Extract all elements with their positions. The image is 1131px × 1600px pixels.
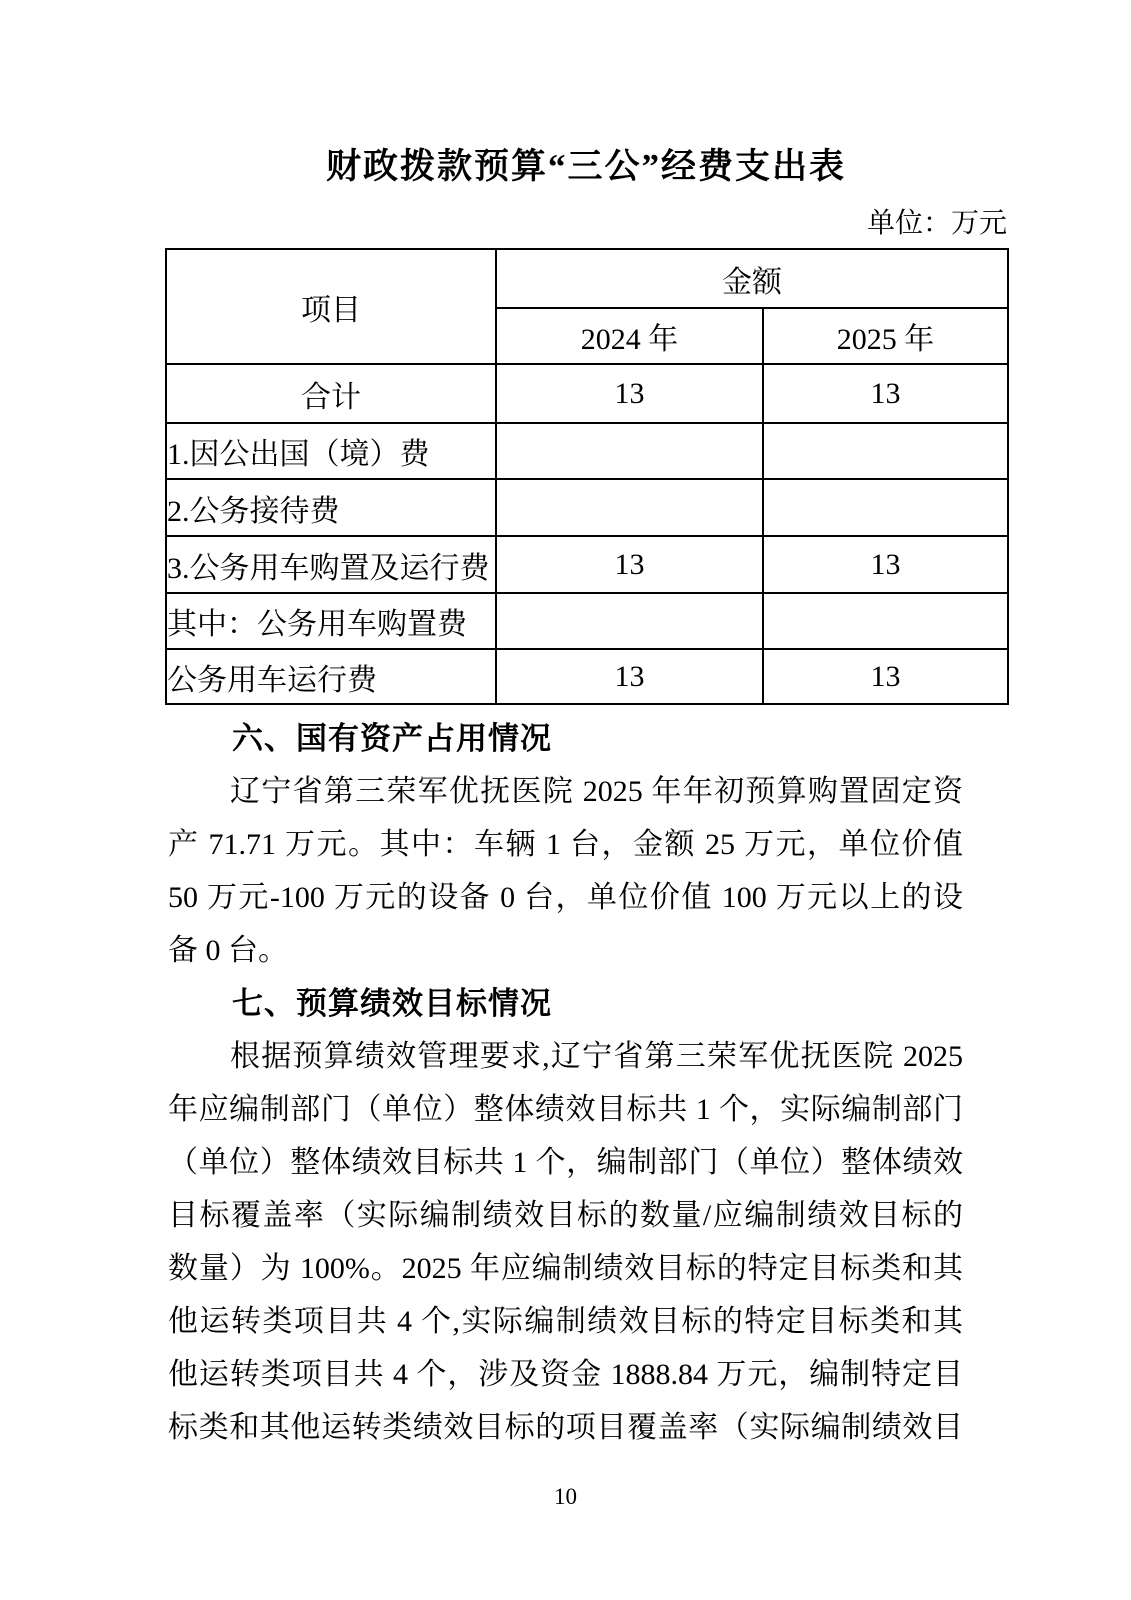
table-row-vehicle-purchase: 其中：公务用车购置费 [166,593,1008,649]
table-row-vehicle-operation: 公务用车运行费 13 13 [166,649,1008,704]
table-cell-label: 3.公务用车购置及运行费 [166,536,496,593]
paragraph-line: （单位）整体绩效目标共 1 个，编制部门（单位）整体绩效 [168,1136,963,1189]
table-cell-2024 [496,423,763,479]
paragraph-line: 标类和其他运转类绩效目标的项目覆盖率（实际编制绩效目 [168,1401,963,1454]
table-row-abroad-fee: 1.因公出国（境）费 [166,423,1008,479]
paragraph-line: 50 万元-100 万元的设备 0 台，单位价值 100 万元以上的设 [168,871,963,924]
page-number: 10 [0,1483,1131,1511]
table-cell-2025 [763,423,1008,479]
page-title: 财政拨款预算“三公”经费支出表 [165,143,1007,191]
three-public-expense-table: 项目 金额 2024 年 2025 年 合计 13 13 1.因公出国（境）费 … [165,248,1009,705]
unit-label: 单位：万元 [165,206,1007,242]
table-cell-label: 其中：公务用车购置费 [166,593,496,649]
table-cell-2024: 13 [496,364,763,423]
table-row-total: 合计 13 13 [166,364,1008,423]
paragraph-line: 目标覆盖率（实际编制绩效目标的数量/应编制绩效目标的 [168,1189,963,1242]
table-cell-2024: 13 [496,536,763,593]
table-cell-2025: 13 [763,649,1008,704]
paragraph-line: 年应编制部门（单位）整体绩效目标共 1 个，实际编制部门 [168,1083,963,1136]
paragraph-line: 数量）为 100%。2025 年应编制绩效目标的特定目标类和其 [168,1242,963,1295]
section-heading-state-assets: 六、国有资产占用情况 [168,712,963,765]
table-cell-2025 [763,479,1008,536]
table-cell-2025: 13 [763,536,1008,593]
paragraph-line: 辽宁省第三荣军优抚医院 2025 年年初预算购置固定资 [168,765,963,818]
table-cell-2025 [763,593,1008,649]
header-cell-item: 项目 [166,249,496,364]
paragraph-line: 产 71.71 万元。其中：车辆 1 台，金额 25 万元，单位价值 [168,818,963,871]
table-header-row-1: 项目 金额 [166,249,1008,308]
header-cell-year-2024: 2024 年 [496,308,763,364]
document-body: 六、国有资产占用情况 辽宁省第三荣军优抚医院 2025 年年初预算购置固定资 产… [168,706,963,1454]
table-cell-label: 1.因公出国（境）费 [166,423,496,479]
table-row-vehicle-fee: 3.公务用车购置及运行费 13 13 [166,536,1008,593]
header-cell-year-2025: 2025 年 [763,308,1008,364]
table-cell-label: 2.公务接待费 [166,479,496,536]
paragraph-line: 根据预算绩效管理要求,辽宁省第三荣军优抚医院 2025 [168,1030,963,1083]
header-cell-amount: 金额 [496,249,1008,308]
section-heading-performance-targets: 七、预算绩效目标情况 [168,977,963,1030]
table-cell-2025: 13 [763,364,1008,423]
paragraph-line: 他运转类项目共 4 个,实际编制绩效目标的特定目标类和其 [168,1295,963,1348]
table-cell-2024 [496,593,763,649]
table-row-reception-fee: 2.公务接待费 [166,479,1008,536]
table-cell-2024: 13 [496,649,763,704]
paragraph-line: 他运转类项目共 4 个，涉及资金 1888.84 万元，编制特定目 [168,1348,963,1401]
table-cell-label: 公务用车运行费 [166,649,496,704]
paragraph-line: 备 0 台。 [168,924,963,977]
table-cell-label: 合计 [166,364,496,423]
table-cell-2024 [496,479,763,536]
